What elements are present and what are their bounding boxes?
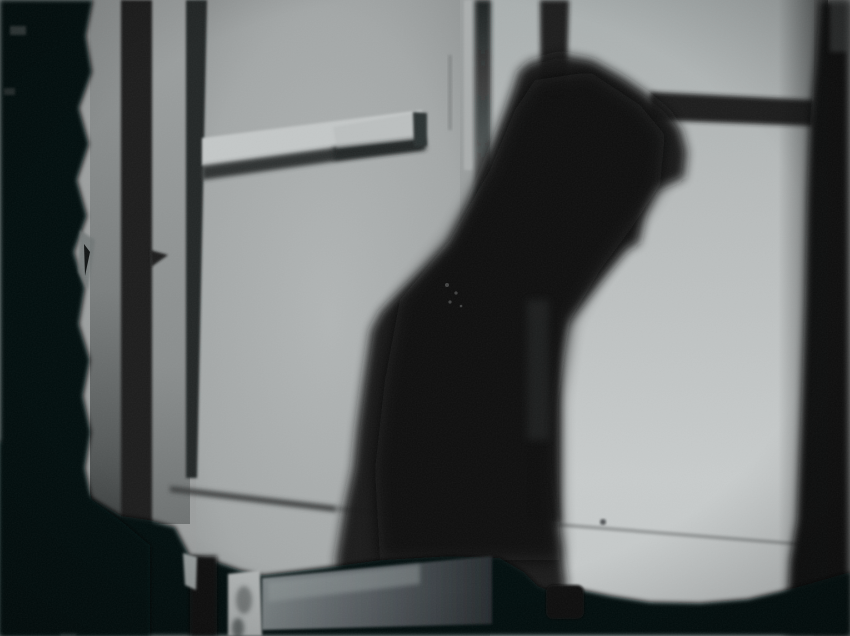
- photo-stage: [0, 0, 850, 636]
- film-grain: [0, 0, 850, 636]
- photo-canvas: [0, 0, 850, 636]
- noir-shadow-photograph: [0, 0, 850, 636]
